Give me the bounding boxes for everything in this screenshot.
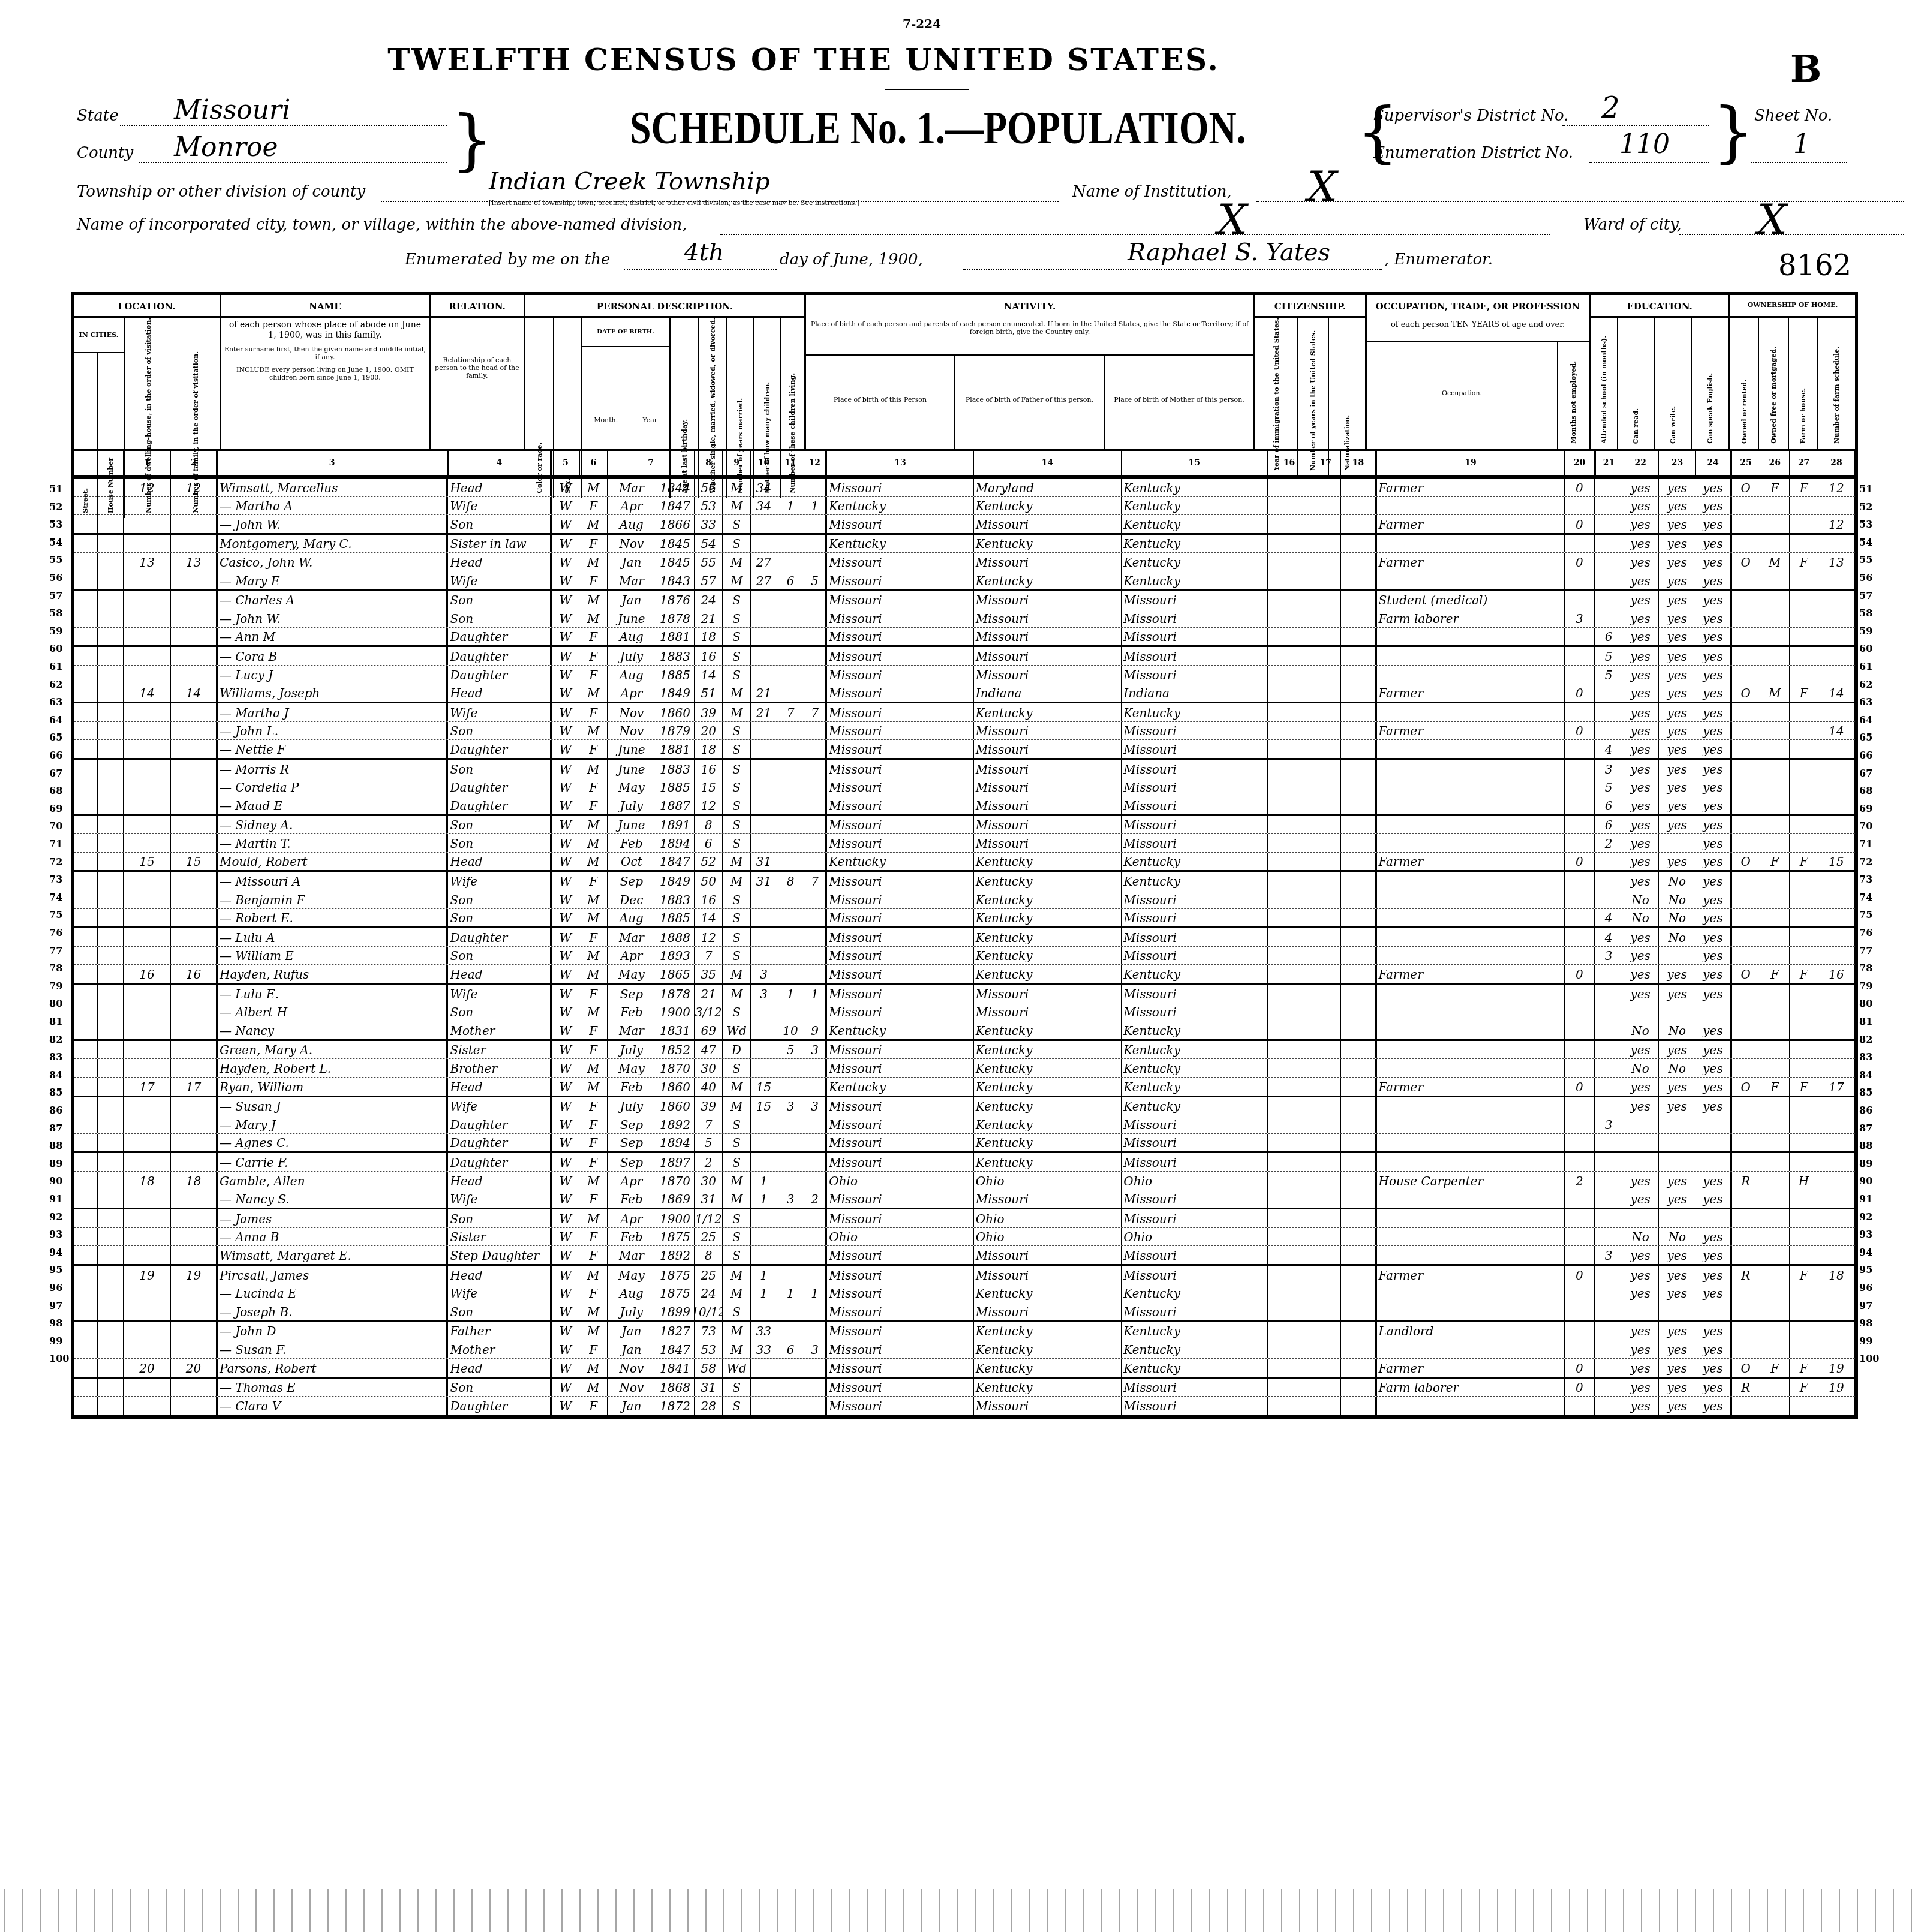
table-row[interactable]: 1212Wimsatt, MarcellusHeadWMMar184456M34… <box>74 479 1855 497</box>
cell-ms: S <box>723 1246 750 1264</box>
cell-ym <box>751 778 777 796</box>
cell-fbp: Missouri <box>974 647 1122 665</box>
cell-age: 3/12 <box>695 1003 723 1021</box>
enumerated-prefix: Enumerated by me on the <box>405 251 610 269</box>
cell-wr: yes <box>1659 985 1695 1003</box>
cell-yus <box>1310 497 1341 515</box>
line-number-left: 54 <box>49 537 62 548</box>
table-row[interactable]: — Cora BDaughterWFJuly188316SMissouriMis… <box>74 647 1855 666</box>
cell-rd: No <box>1622 890 1659 908</box>
cell-en: yes <box>1695 1041 1731 1059</box>
cell-free <box>1760 515 1790 533</box>
months-unemployed-header: Months not employed. <box>1570 361 1577 444</box>
cell-unemp <box>1565 1059 1595 1077</box>
cell-cl <box>804 1003 828 1021</box>
cell-dw <box>124 1115 171 1133</box>
line-number-right: 76 <box>1859 927 1872 938</box>
cell-col: W <box>552 1097 579 1115</box>
table-row[interactable]: — Robert E.SonWMAug188514SMissouriKentuc… <box>74 909 1855 929</box>
cell-fam <box>171 816 218 834</box>
cell-wr: yes <box>1659 1190 1695 1208</box>
institution-field[interactable] <box>1256 183 1904 202</box>
cell-fh <box>1790 1097 1818 1115</box>
cell-sch <box>1595 591 1622 609</box>
cell-fh <box>1790 609 1818 627</box>
cell-wr <box>1659 1302 1695 1320</box>
cell-free <box>1760 928 1790 946</box>
cell-ms: M <box>723 1190 750 1208</box>
cell-occ: Farmer <box>1377 1266 1565 1284</box>
cell-rd: yes <box>1622 591 1659 609</box>
cell-free: F <box>1760 1078 1790 1096</box>
cell-mbp: Missouri <box>1122 1003 1268 1021</box>
column-number: 12 <box>804 451 828 475</box>
cell-ym <box>751 666 777 684</box>
table-row[interactable]: — Ann MDaughterWFAug188118SMissouriMisso… <box>74 628 1855 648</box>
cell-name: — Joseph B. <box>218 1302 449 1320</box>
table-row[interactable]: 1919Pircsall, JamesHeadWMMay187525M1Miss… <box>74 1266 1855 1284</box>
cell-rel: Son <box>448 609 552 627</box>
cell-fs <box>1818 571 1855 589</box>
cell-nat <box>1341 796 1376 814</box>
table-row[interactable]: — John W.SonWMJune187821SMissouriMissour… <box>74 609 1855 628</box>
cell-yus <box>1310 1302 1341 1320</box>
cell-mon: Aug <box>608 515 656 533</box>
cell-mbp: Missouri <box>1122 1153 1268 1171</box>
cell-ms: M <box>723 872 750 890</box>
table-row[interactable]: 1515Mould, RobertHeadWMOct184752M31Kentu… <box>74 853 1855 872</box>
cell-rel: Son <box>448 816 552 834</box>
cell-yr: 1883 <box>656 647 695 665</box>
cell-unemp <box>1565 1115 1595 1133</box>
cell-mon: Feb <box>608 1228 656 1246</box>
cell-sch <box>1595 1097 1622 1115</box>
cell-name: — Mary J <box>218 1115 449 1133</box>
cell-ms: S <box>723 647 750 665</box>
cell-own <box>1732 535 1760 553</box>
cell-ms: M <box>723 497 750 515</box>
cell-fh: F <box>1790 1078 1818 1096</box>
cell-nat <box>1341 778 1376 796</box>
cell-fh <box>1790 1284 1818 1302</box>
cell-en: yes <box>1695 1379 1731 1397</box>
line-number-left: 68 <box>49 785 62 796</box>
cell-yr: 1845 <box>656 535 695 553</box>
cell-fh <box>1790 1115 1818 1133</box>
table-row[interactable]: — Anna BSisterWFFeb187525SOhioOhioOhioNo… <box>74 1228 1855 1247</box>
table-row[interactable]: — Mary EWifeWFMar184357M2765MissouriKent… <box>74 571 1855 591</box>
can-read-header: Can read. <box>1632 408 1640 444</box>
cell-yr: 1865 <box>656 965 695 983</box>
cell-dw <box>124 985 171 1003</box>
cell-ym <box>751 890 777 908</box>
table-row[interactable]: — Charles ASonWMJan187624SMissouriMissou… <box>74 591 1855 610</box>
cell-mon: Mar <box>608 571 656 589</box>
table-row[interactable]: — Agnes C.DaughterWFSep18945SMissouriKen… <box>74 1134 1855 1154</box>
table-row[interactable]: — Lucinda EWifeWFAug187524M111MissouriKe… <box>74 1284 1855 1303</box>
table-row[interactable]: — John DFatherWMJan182773M33MissouriKent… <box>74 1322 1855 1341</box>
cell-occ <box>1377 1097 1565 1115</box>
cell-ms: S <box>723 535 750 553</box>
cell-house <box>98 703 124 721</box>
cell-en: yes <box>1695 985 1731 1003</box>
cell-unemp <box>1565 1397 1595 1415</box>
table-row[interactable]: — Joseph B.SonWMJuly189910/12SMissouriMi… <box>74 1302 1855 1322</box>
cell-free <box>1760 1134 1790 1152</box>
table-row[interactable]: Montgomery, Mary C.Sister in lawWFNov184… <box>74 535 1855 553</box>
line-number-left: 82 <box>49 1034 62 1045</box>
cell-age: 30 <box>695 1059 723 1077</box>
street-header: Street. <box>82 488 89 513</box>
cell-ym: 33 <box>751 1340 777 1358</box>
cell-fh <box>1790 985 1818 1003</box>
cell-nat <box>1341 890 1376 908</box>
cell-sch <box>1595 1153 1622 1171</box>
cell-house <box>98 647 124 665</box>
cell-en: yes <box>1695 722 1731 740</box>
cell-ms: M <box>723 1340 750 1358</box>
cell-house <box>98 1190 124 1208</box>
cell-col: W <box>552 703 579 721</box>
cell-mon: Jan <box>608 1340 656 1358</box>
cell-yr: 1885 <box>656 778 695 796</box>
cell-fam <box>171 740 218 758</box>
cell-imm <box>1268 1041 1310 1059</box>
cell-house <box>98 1340 124 1358</box>
cell-dw <box>124 834 171 852</box>
table-row[interactable]: 1616Hayden, RufusHeadWMMay186535M3Missou… <box>74 965 1855 985</box>
cell-imm <box>1268 553 1310 571</box>
cell-age: 55 <box>695 553 723 571</box>
cell-bp: Ohio <box>827 1172 974 1190</box>
cell-cl <box>804 1266 828 1284</box>
cell-rd <box>1622 1209 1659 1227</box>
cell-unemp <box>1565 571 1595 589</box>
cell-fbp: Kentucky <box>974 928 1122 946</box>
line-number-right: 60 <box>1859 643 1872 654</box>
cell-fs: 14 <box>1818 722 1855 740</box>
cell-sch <box>1595 1078 1622 1096</box>
cell-col: W <box>552 909 579 927</box>
cell-wr: yes <box>1659 1266 1695 1284</box>
cell-house <box>98 778 124 796</box>
table-row[interactable]: — Thomas ESonWMNov186831SMissouriKentuck… <box>74 1379 1855 1397</box>
cell-free <box>1760 497 1790 515</box>
cell-house <box>98 1397 124 1415</box>
cell-bp: Missouri <box>827 1340 974 1358</box>
cell-name: — Martha J <box>218 703 449 721</box>
cell-yr: 1900 <box>656 1209 695 1227</box>
cell-age: 39 <box>695 703 723 721</box>
cell-col: W <box>552 1078 579 1096</box>
cell-ms: S <box>723 1379 750 1397</box>
cell-mo <box>777 1379 804 1397</box>
cell-rd <box>1622 1134 1659 1152</box>
cell-dw <box>124 1021 171 1039</box>
cell-dw <box>124 1302 171 1320</box>
cell-rd: yes <box>1622 1266 1659 1284</box>
cell-name: — Thomas E <box>218 1379 449 1397</box>
cell-free: F <box>1760 1359 1790 1377</box>
cell-ym: 15 <box>751 1078 777 1096</box>
cell-house <box>98 1078 124 1096</box>
cell-col: W <box>552 1153 579 1171</box>
cell-sex: M <box>579 909 607 927</box>
cell-mo <box>777 628 804 646</box>
cell-mo: 1 <box>777 497 804 515</box>
district-brace-right: } <box>1712 99 1754 165</box>
cell-free <box>1760 1172 1790 1190</box>
cell-ms: S <box>723 1059 750 1077</box>
table-row[interactable]: — Martin T.SonWMFeb18946SMissouriMissour… <box>74 834 1855 853</box>
cell-dw <box>124 609 171 627</box>
cell-fbp: Kentucky <box>974 1340 1122 1358</box>
table-row[interactable]: — Sidney A.SonWMJune18918SMissouriMissou… <box>74 816 1855 835</box>
table-row[interactable]: Hayden, Robert L.BrotherWMMay187030SMiss… <box>74 1059 1855 1078</box>
cell-rel: Head <box>448 684 552 702</box>
cell-unemp <box>1565 1284 1595 1302</box>
cell-wr <box>1659 1153 1695 1171</box>
table-row[interactable]: — John W.SonWMAug186633SMissouriMissouri… <box>74 515 1855 535</box>
cell-yus <box>1310 1284 1341 1302</box>
cell-imm <box>1268 1284 1310 1302</box>
cell-unemp: 2 <box>1565 1172 1595 1190</box>
cell-fam <box>171 571 218 589</box>
cell-fh: F <box>1790 479 1818 496</box>
cell-rel: Wife <box>448 985 552 1003</box>
line-number-right: 87 <box>1859 1123 1872 1134</box>
cell-fam <box>171 947 218 965</box>
cell-sex: M <box>579 1359 607 1377</box>
farm-schedule-header: Number of farm schedule. <box>1833 347 1841 444</box>
cell-col: W <box>552 1209 579 1227</box>
cell-bp: Missouri <box>827 515 974 533</box>
cell-dw: 18 <box>124 1172 171 1190</box>
cell-fh <box>1790 816 1818 834</box>
table-row[interactable]: 1818Gamble, AllenHeadWMApr187030M1OhioOh… <box>74 1172 1855 1190</box>
cell-unemp <box>1565 703 1595 721</box>
table-row[interactable]: 2020Parsons, RobertHeadWMNov184158WdMiss… <box>74 1359 1855 1379</box>
table-row[interactable]: — Martha JWifeWFNov186039M2177MissouriKe… <box>74 703 1855 722</box>
cell-age: 2 <box>695 1153 723 1171</box>
cell-nat <box>1341 1209 1376 1227</box>
cell-en: yes <box>1695 553 1731 571</box>
cell-own: O <box>1732 965 1760 983</box>
table-row[interactable]: — William ESonWMApr18937SMissouriKentuck… <box>74 947 1855 965</box>
cell-wr: yes <box>1659 609 1695 627</box>
cell-fam <box>171 890 218 908</box>
cell-yus <box>1310 515 1341 533</box>
cell-imm <box>1268 740 1310 758</box>
cell-unemp: 0 <box>1565 722 1595 740</box>
cell-fbp: Missouri <box>974 740 1122 758</box>
cell-imm <box>1268 909 1310 927</box>
cell-rd <box>1622 1115 1659 1133</box>
table-row[interactable]: — Missouri AWifeWFSep184950M3187Missouri… <box>74 872 1855 890</box>
cell-dw <box>124 535 171 553</box>
cell-ms: M <box>723 965 750 983</box>
owned-free-header: Owned free or mortgaged. <box>1770 347 1778 444</box>
table-row[interactable]: Green, Mary A.SisterWFJuly185247D53Misso… <box>74 1041 1855 1060</box>
table-row[interactable]: — Carrie F.DaughterWFSep18972SMissouriKe… <box>74 1153 1855 1172</box>
cell-yus <box>1310 1059 1341 1077</box>
table-row[interactable]: — Nettie FDaughterWFJune188118SMissouriM… <box>74 740 1855 760</box>
table-row[interactable]: — NancyMotherWFMar183169Wd109KentuckyKen… <box>74 1021 1855 1041</box>
cell-fh <box>1790 515 1818 533</box>
cell-cl <box>804 684 828 702</box>
cell-rel: Son <box>448 909 552 927</box>
cell-yus <box>1310 760 1341 778</box>
cell-fs <box>1818 890 1855 908</box>
table-row[interactable]: — Clara VDaughterWFJan187228SMissouriMis… <box>74 1397 1855 1416</box>
table-row[interactable]: — Morris RSonWMJune188316SMissouriMissou… <box>74 760 1855 778</box>
cell-house <box>98 535 124 553</box>
line-number-left: 53 <box>49 519 62 530</box>
line-number-left: 91 <box>49 1193 62 1205</box>
table-row[interactable]: — Cordelia PDaughterWFMay188515SMissouri… <box>74 778 1855 797</box>
cell-ym <box>751 535 777 553</box>
line-number-right: 82 <box>1859 1034 1872 1045</box>
cell-imm <box>1268 535 1310 553</box>
cell-sch: 5 <box>1595 647 1622 665</box>
cell-mbp: Kentucky <box>1122 1097 1268 1115</box>
table-row[interactable]: — Martha AWifeWFApr184753M3411KentuckyKe… <box>74 497 1855 516</box>
cell-dw <box>124 703 171 721</box>
cell-ms: M <box>723 1284 750 1302</box>
cell-mo <box>777 1115 804 1133</box>
cell-ym <box>751 760 777 778</box>
cell-fh <box>1790 1041 1818 1059</box>
cell-fbp: Kentucky <box>974 1322 1122 1340</box>
cell-free <box>1760 834 1790 852</box>
cell-fs <box>1818 1059 1855 1077</box>
cell-name: — John L. <box>218 722 449 740</box>
enumerator-signature: Raphael S. Yates <box>1128 239 1330 266</box>
cell-bp: Missouri <box>827 1003 974 1021</box>
cell-street <box>74 1322 98 1340</box>
table-row[interactable]: 1414Williams, JosephHeadWMApr184951M21Mi… <box>74 684 1855 704</box>
cell-street <box>74 591 98 609</box>
cell-bp: Missouri <box>827 778 974 796</box>
cell-unemp <box>1565 1097 1595 1115</box>
cell-street <box>74 890 98 908</box>
cell-occ <box>1377 928 1565 946</box>
table-row[interactable]: — Susan F.MotherWFJan184753M3363Missouri… <box>74 1340 1855 1359</box>
cell-unemp: 0 <box>1565 965 1595 983</box>
table-row[interactable]: Wimsatt, Margaret E.Step DaughterWFMar18… <box>74 1246 1855 1266</box>
cell-mo <box>777 647 804 665</box>
table-row[interactable]: 1313Casico, John W.HeadWMJan184555M27Mis… <box>74 553 1855 571</box>
cell-sch: 6 <box>1595 796 1622 814</box>
cell-rel: Daughter <box>448 1134 552 1152</box>
cell-free <box>1760 872 1790 890</box>
table-row[interactable]: — John L.SonWMNov187920SMissouriMissouri… <box>74 722 1855 741</box>
cell-ms: M <box>723 703 750 721</box>
cell-ym: 31 <box>751 853 777 871</box>
cell-age: 21 <box>695 609 723 627</box>
cell-fbp: Missouri <box>974 796 1122 814</box>
table-row[interactable]: — Benjamin FSonWMDec188316SMissouriKentu… <box>74 890 1855 909</box>
cell-mon: June <box>608 609 656 627</box>
cell-mbp: Kentucky <box>1122 1322 1268 1340</box>
cell-en: yes <box>1695 1322 1731 1340</box>
line-number-left: 56 <box>49 572 62 583</box>
table-row[interactable]: — JamesSonWMApr19001/12SMissouriOhioMiss… <box>74 1209 1855 1228</box>
table-row[interactable]: — Lulu ADaughterWFMar188812SMissouriKent… <box>74 928 1855 947</box>
supervisor-field[interactable] <box>1562 107 1709 126</box>
line-number-right: 66 <box>1859 750 1872 761</box>
cell-rd <box>1622 1003 1659 1021</box>
cell-mbp: Missouri <box>1122 647 1268 665</box>
cell-mon: Aug <box>608 666 656 684</box>
relation-group: RELATION. Relationship of each person to… <box>431 295 525 449</box>
cell-mo <box>777 1322 804 1340</box>
state-label: State <box>77 107 119 125</box>
cell-nat <box>1341 1322 1376 1340</box>
cell-occ <box>1377 1003 1565 1021</box>
cell-en: yes <box>1695 740 1731 758</box>
column-number: 15 <box>1122 451 1268 475</box>
table-row[interactable]: 1717Ryan, WilliamHeadWMFeb186040M15Kentu… <box>74 1078 1855 1097</box>
cell-unemp: 0 <box>1565 1266 1595 1284</box>
cell-ym: 27 <box>751 571 777 589</box>
cell-ym <box>751 1003 777 1021</box>
line-number-left: 88 <box>49 1140 62 1151</box>
table-row[interactable]: — Lulu E.WifeWFSep187821M311MissouriMiss… <box>74 985 1855 1003</box>
cell-fam: 19 <box>171 1266 218 1284</box>
cell-fh <box>1790 1190 1818 1208</box>
cell-mo <box>777 1246 804 1264</box>
table-row[interactable]: — Susan JWifeWFJuly186039M1533MissouriKe… <box>74 1097 1855 1116</box>
education-group: EDUCATION. Attended school (in months). … <box>1591 295 1730 449</box>
table-row[interactable]: — Nancy S.WifeWFFeb186931M132MissouriMis… <box>74 1190 1855 1210</box>
table-row[interactable]: — Maud EDaughterWFJuly188712SMissouriMis… <box>74 796 1855 816</box>
cell-dw <box>124 628 171 646</box>
cell-nat <box>1341 479 1376 496</box>
line-number-left: 65 <box>49 732 62 743</box>
cell-cl <box>804 666 828 684</box>
personal-title: PERSONAL DESCRIPTION. <box>525 295 804 318</box>
cell-yr: 1870 <box>656 1059 695 1077</box>
table-row[interactable]: — Albert HSonWMFeb19003/12SMissouriMisso… <box>74 1003 1855 1022</box>
cell-fam <box>171 515 218 533</box>
cell-street <box>74 1397 98 1415</box>
cell-house <box>98 553 124 571</box>
city-field[interactable] <box>720 216 1550 235</box>
cell-rd: yes <box>1622 1190 1659 1208</box>
ward-field[interactable] <box>1679 216 1904 235</box>
table-row[interactable]: — Mary JDaughterWFSep18927SMissouriKentu… <box>74 1115 1855 1134</box>
cell-imm <box>1268 479 1310 496</box>
cell-en: yes <box>1695 628 1731 646</box>
cell-sch <box>1595 1266 1622 1284</box>
cell-imm <box>1268 1322 1310 1340</box>
cell-cl: 1 <box>804 985 828 1003</box>
cell-free <box>1760 628 1790 646</box>
cell-mbp: Kentucky <box>1122 479 1268 496</box>
cell-mo <box>777 816 804 834</box>
cell-mon: May <box>608 1266 656 1284</box>
cell-own <box>1732 1134 1760 1152</box>
cell-yr: 1860 <box>656 703 695 721</box>
cell-yus <box>1310 703 1341 721</box>
cell-bp: Missouri <box>827 722 974 740</box>
cell-mon: Aug <box>608 1284 656 1302</box>
cell-imm <box>1268 666 1310 684</box>
cell-fs: 12 <box>1818 515 1855 533</box>
header-brace: } <box>451 107 493 173</box>
table-row[interactable]: — Lucy JDaughterWFAug188514SMissouriMiss… <box>74 666 1855 684</box>
